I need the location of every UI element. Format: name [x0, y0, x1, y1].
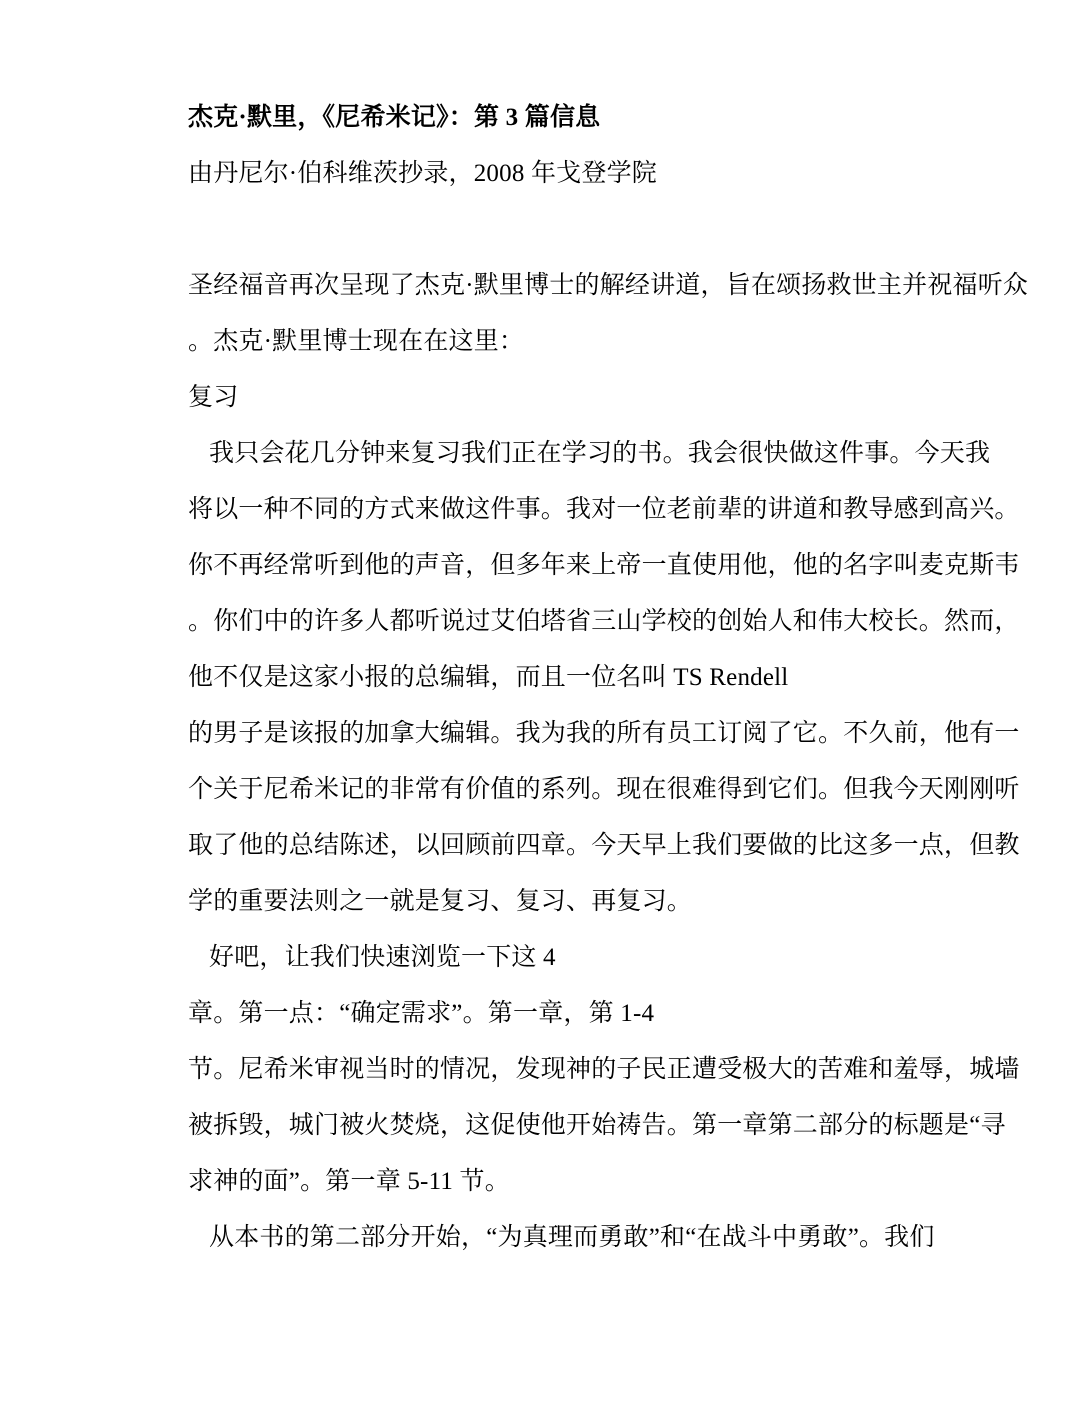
- byline: 由丹尼尔·伯科维茨抄录，2008 年戈登学院: [188, 146, 978, 202]
- paragraph2-line: 好吧，让我们快速浏览一下这 4: [188, 930, 978, 986]
- document-page: 杰克·默里，《尼希米记》：第 3 篇信息 由丹尼尔·伯科维茨抄录，2008 年戈…: [0, 0, 1088, 1404]
- intro-text-line: 。杰克·默里博士现在在这里：: [188, 314, 978, 370]
- paragraph2-line: 被拆毁，城门被火焚烧，这促使他开始祷告。第一章第二部分的标题是“寻: [188, 1098, 978, 1154]
- paragraph1-line: 将以一种不同的方式来做这件事。我对一位老前辈的讲道和教导感到高兴。: [188, 482, 978, 538]
- paragraph1-line: 他不仅是这家小报的总编辑，而且一位名叫 TS Rendell: [188, 650, 978, 706]
- paragraph3-line: 从本书的第二部分开始，“为真理而勇敢”和“在战斗中勇敢”。我们: [188, 1210, 978, 1266]
- paragraph1-line: 的男子是该报的加拿大编辑。我为我的所有员工订阅了它。不久前，他有一: [188, 706, 978, 762]
- paragraph1-line: 学的重要法则之一就是复习、复习、再复习。: [188, 874, 978, 930]
- intro-text-line: 圣经福音再次呈现了杰克·默里博士的解经讲道，旨在颂扬救世主并祝福听众: [188, 258, 978, 314]
- document-title: 杰克·默里，《尼希米记》：第 3 篇信息: [188, 90, 978, 146]
- paragraph1-line: 我只会花几分钟来复习我们正在学习的书。我会很快做这件事。今天我: [188, 426, 978, 482]
- paragraph2-line: 章。第一点：“确定需求”。第一章，第 1-4: [188, 986, 978, 1042]
- paragraph1-line: 取了他的总结陈述，以回顾前四章。今天早上我们要做的比这多一点，但教: [188, 818, 978, 874]
- paragraph2-line: 求神的面”。第一章 5-11 节。: [188, 1154, 978, 1210]
- paragraph1-line: 你不再经常听到他的声音，但多年来上帝一直使用他，他的名字叫麦克斯韦: [188, 538, 978, 594]
- blank-line: [188, 202, 978, 258]
- section-heading-review: 复习: [188, 370, 978, 426]
- paragraph2-line: 节。尼希米审视当时的情况，发现神的子民正遭受极大的苦难和羞辱，城墙: [188, 1042, 978, 1098]
- paragraph1-line: 个关于尼希米记的非常有价值的系列。现在很难得到它们。但我今天刚刚听: [188, 762, 978, 818]
- paragraph1-line: 。你们中的许多人都听说过艾伯塔省三山学校的创始人和伟大校长。然而，: [188, 594, 978, 650]
